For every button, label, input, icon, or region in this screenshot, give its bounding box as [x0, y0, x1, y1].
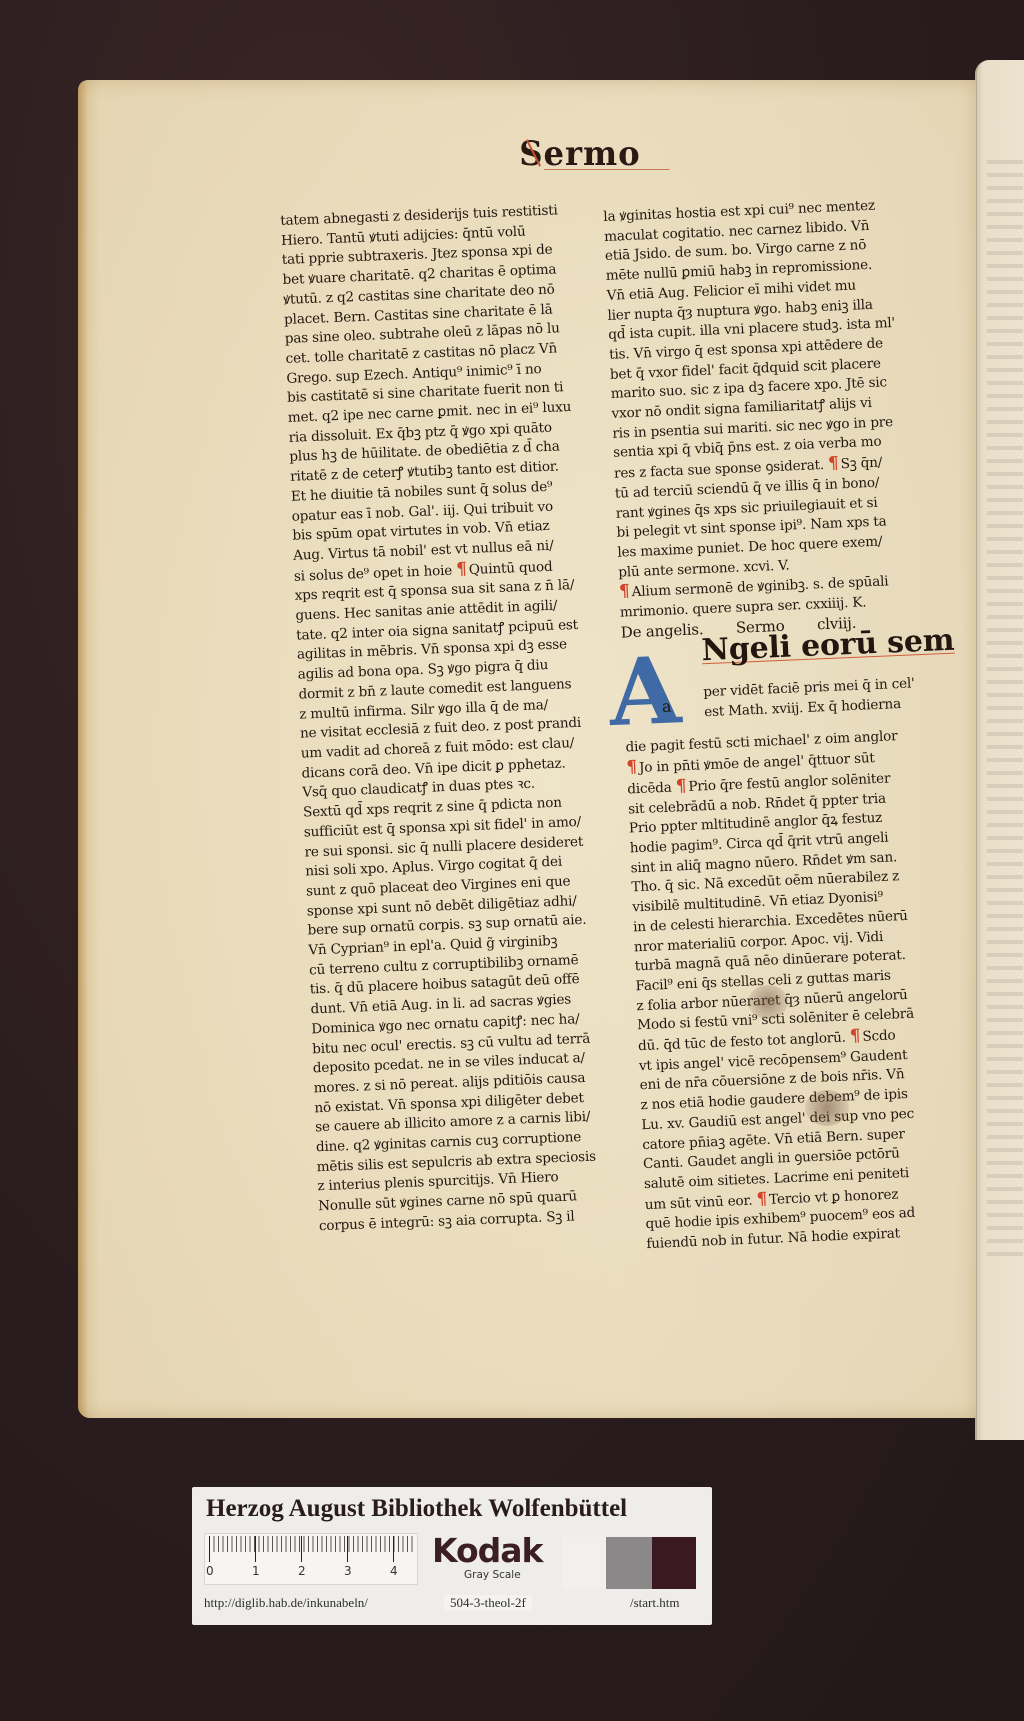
- text-fragment: dicēda: [627, 780, 672, 798]
- shelfmark: 504-3-theol-2f: [444, 1595, 532, 1611]
- url-prefix: http://diglib.hab.de/inkunabeln/: [204, 1595, 368, 1611]
- ruler-major-tick: [209, 1536, 210, 1562]
- show-through-text: [987, 160, 1023, 1260]
- text-column-left: tatem abnegasti z desiderijs tuis restit…: [280, 200, 619, 1236]
- ruler-label: 4: [390, 1564, 398, 1578]
- measurement-ruler: 0 1 2 3 4: [204, 1533, 418, 1585]
- sermon-incipit: A a Ngeli eorū sem per vidēt faciē pris …: [621, 633, 965, 739]
- kodak-logo: Kodak: [432, 1531, 543, 1570]
- text-column-right: la ꝟginitas hostia est xpi cui⁹ nec ment…: [603, 194, 987, 1255]
- paragraph-mark-icon: ¶: [756, 1190, 767, 1210]
- ruler-major-tick: [301, 1536, 302, 1562]
- running-head: Sermo: [519, 134, 640, 174]
- ruler-label: 0: [206, 1564, 214, 1578]
- incipit-display-line: Ngeli eorū sem: [701, 631, 955, 664]
- paragraph-mark-icon: ¶: [849, 1027, 860, 1047]
- paragraph-mark-icon: ¶: [828, 455, 839, 475]
- ruler-label: 2: [298, 1564, 306, 1578]
- white-swatch: [562, 1537, 606, 1589]
- ink-stain: [805, 1090, 849, 1126]
- ink-stain: [748, 985, 788, 1019]
- rubric-text: Tercio vt ꝑ honorez: [769, 1186, 899, 1207]
- color-reference-card: Herzog August Bibliothek Wolfenbüttel 0 …: [192, 1487, 712, 1625]
- gray-swatch: [606, 1537, 652, 1589]
- url-suffix: /start.htm: [630, 1595, 679, 1611]
- incipit-lines: per vidēt faciē pris mei q̄ in cel' est …: [703, 675, 916, 723]
- ruler-major-tick: [393, 1536, 394, 1562]
- ruler-label: 3: [344, 1564, 352, 1578]
- rubric-text: Quintū quod: [469, 558, 553, 577]
- ruler-ticks: [209, 1536, 413, 1552]
- rubric-text: Scdo: [862, 1028, 896, 1045]
- paragraph-mark-icon: ¶: [675, 777, 686, 797]
- black-swatch: [652, 1537, 696, 1589]
- ruler-label: 1: [252, 1564, 260, 1578]
- paragraph-mark-icon: ¶: [626, 758, 637, 778]
- paragraph-mark-icon: ¶: [619, 583, 630, 603]
- gray-scale-label: Gray Scale: [464, 1569, 521, 1581]
- decorated-initial: A: [607, 645, 681, 742]
- rubric-text: Sꝫ q̄n/: [840, 455, 882, 473]
- ruler-major-tick: [255, 1536, 256, 1562]
- text-fragment: um sūt vinū eor.: [644, 1192, 752, 1212]
- guide-letter: a: [662, 697, 672, 717]
- institution-name: Herzog August Bibliothek Wolfenbüttel: [206, 1495, 627, 1523]
- paragraph-mark-icon: ¶: [456, 560, 467, 580]
- ruler-major-tick: [347, 1536, 348, 1562]
